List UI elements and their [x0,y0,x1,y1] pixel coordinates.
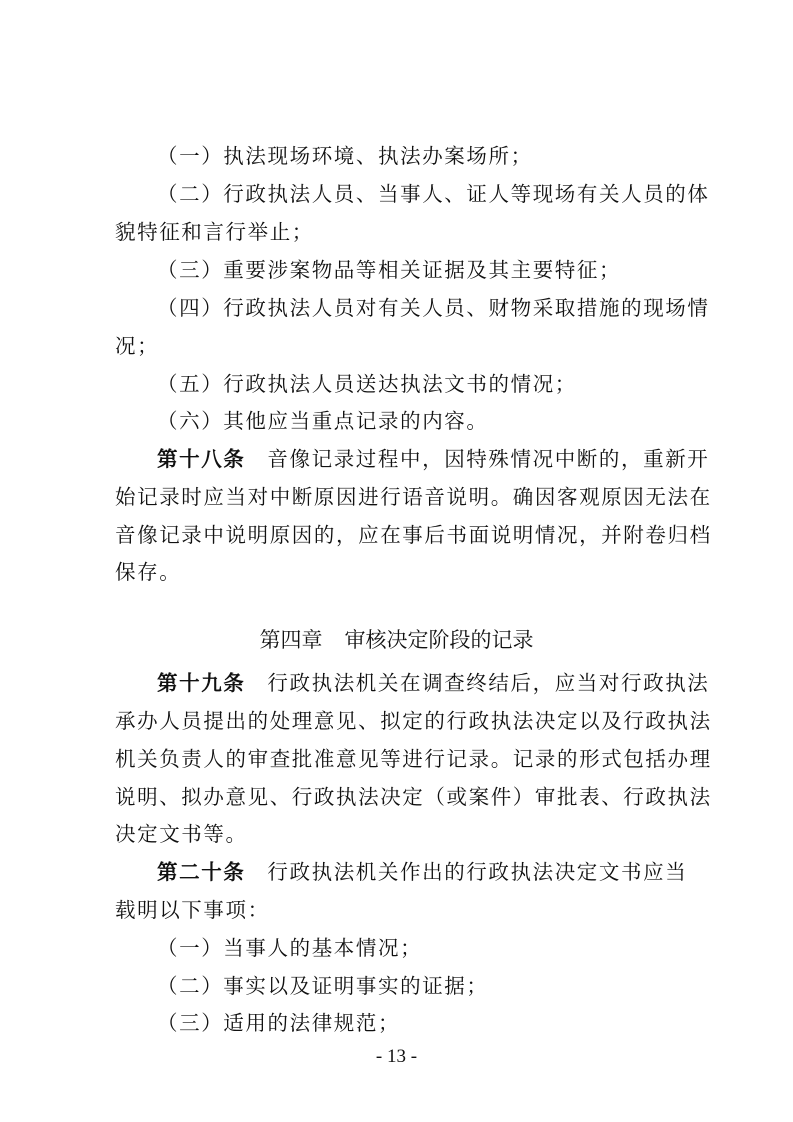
list-item: （一）当事人的基本情况； [157,934,687,962]
list-item: （三）重要涉案物品等相关证据及其主要特征； [157,256,687,284]
article-text-line: 决定文书等。 [115,820,687,848]
article-19-first-line: 第十九条行政执法机关在调查终结后，应当对行政执法 [157,669,687,697]
list-item: （二）事实以及证明事实的证据； [157,972,687,1000]
article-text-line: 说明、拟办意见、行政执法决定（或案件）审批表、行政执法 [115,783,687,811]
list-item-continuation: 貌特征和言行举止； [115,218,687,246]
article-text-line: 机关负责人的审查批准意见等进行记录。记录的形式包括办理 [115,745,687,773]
article-18-first-line: 第十八条音像记录过程中，因特殊情况中断的，重新开 [157,445,687,473]
article-label: 第二十条 [157,860,245,884]
article-label: 第十九条 [157,671,245,695]
list-item: （五）行政执法人员送达执法文书的情况； [157,370,687,398]
list-item: （六）其他应当重点记录的内容。 [157,407,687,435]
chapter-heading: 第四章审核决定阶段的记录 [0,626,793,654]
article-text-line: 音像记录中说明原因的，应在事后书面说明情况，并附卷归档 [115,521,687,549]
article-label: 第十八条 [157,447,245,471]
list-item: （一）执法现场环境、执法办案场所； [157,142,687,170]
article-text: 音像记录过程中，因特殊情况中断的，重新开 [267,447,709,471]
list-item-continuation: 况； [115,332,687,360]
article-text-line: 载明以下事项： [115,896,687,924]
document-page: （一）执法现场环境、执法办案场所； （二）行政执法人员、当事人、证人等现场有关人… [0,0,793,1122]
article-text: 行政执法机关作出的行政执法决定文书应当 [267,860,687,884]
article-20-first-line: 第二十条行政执法机关作出的行政执法决定文书应当 [157,858,687,886]
list-item: （四）行政执法人员对有关人员、财物采取措施的现场情 [157,294,687,322]
article-text-line: 保存。 [115,558,687,586]
chapter-number: 第四章 [260,628,323,652]
article-text-line: 承办人员提出的处理意见、拟定的行政执法决定以及行政执法 [115,707,687,735]
list-item: （二）行政执法人员、当事人、证人等现场有关人员的体 [157,180,687,208]
page-number: - 13 - [0,1046,793,1068]
chapter-title: 审核决定阶段的记录 [345,628,534,652]
article-text-line: 始记录时应当对中断原因进行语音说明。确因客观原因无法在 [115,483,687,511]
article-text: 行政执法机关在调查终结后，应当对行政执法 [267,671,709,695]
list-item: （三）适用的法律规范； [157,1009,687,1037]
